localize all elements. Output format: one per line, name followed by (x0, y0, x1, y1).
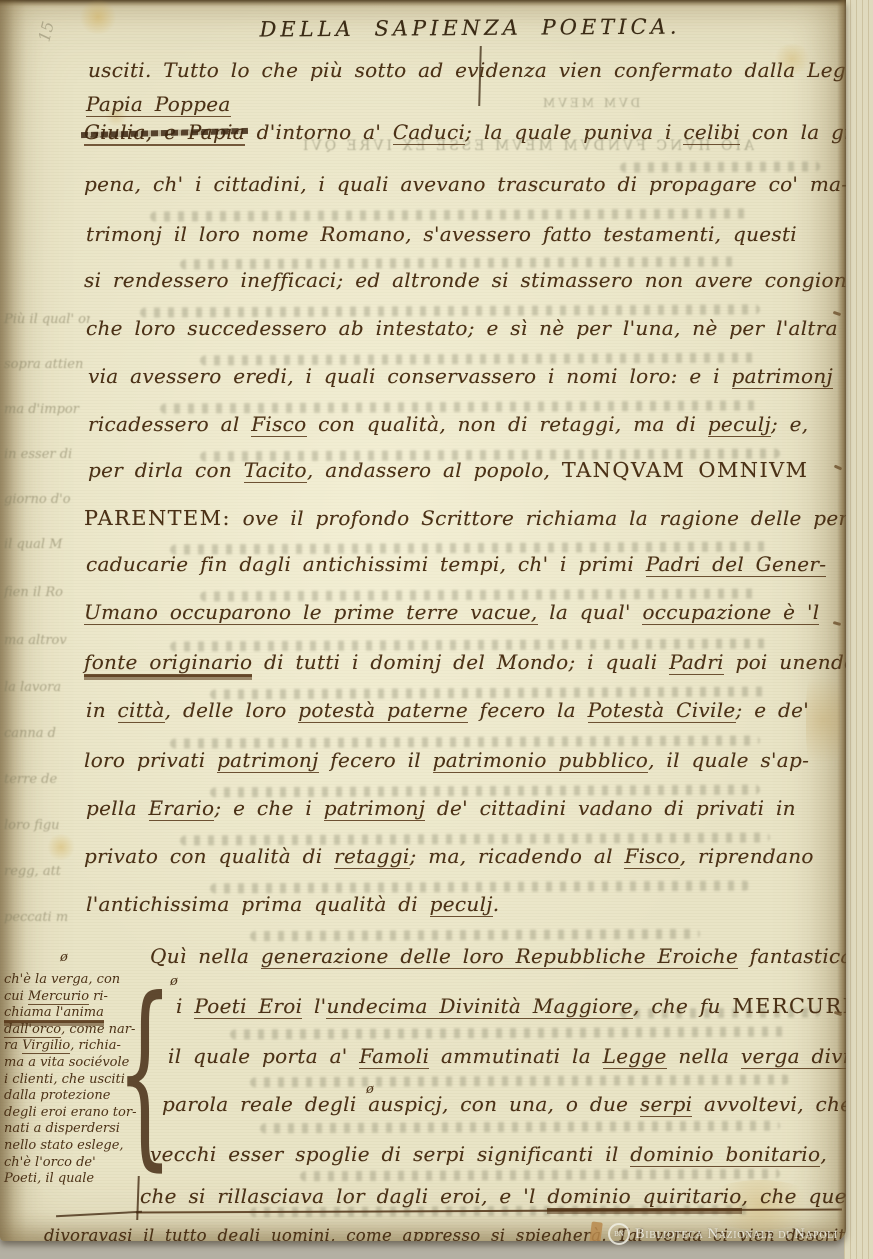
manuscript-line: si rendessero inefficaci; ed altronde si… (84, 268, 846, 292)
manuscript-line: Quì nella generazione delle loro Repubbl… (150, 944, 846, 968)
text-segment: Papia Poppea (86, 92, 231, 117)
text-segment: ra (4, 1038, 22, 1053)
text-segment: , richia- (70, 1038, 121, 1053)
text-segment: TANQVAM OMNIVM (562, 458, 809, 482)
text-segment: con la giusta (740, 120, 846, 144)
bleedthrough-fragment: canna d (4, 726, 90, 741)
bleedthrough-ghost-line (170, 735, 760, 748)
margin-brace: { (116, 978, 173, 1168)
library-logo-icon: BN (608, 1223, 630, 1245)
text-segment: si rendessero inefficaci; ed altronde si… (84, 268, 846, 292)
text-segment: PARENTEM: (84, 506, 231, 530)
text-segment: nella (667, 1044, 741, 1068)
text-segment: ; e de' (736, 698, 810, 722)
text-segment: pena, ch' i cittadini, i quali avevano t… (84, 172, 846, 196)
text-segment: i (176, 994, 194, 1018)
manuscript-line: l'antichissima prima qualità di peculj. (86, 892, 499, 916)
text-segment: . (493, 892, 500, 916)
manuscript-line: ricadessero al Fisco con qualità, non di… (88, 412, 808, 436)
text-segment: Poeti, il quale (4, 1171, 94, 1186)
text-segment: , che fu (633, 994, 732, 1018)
manuscript-line: parola reale degli auspicj, con una, o d… (162, 1092, 846, 1116)
text-segment: usciti. Tutto lo che più sotto ad eviden… (88, 58, 846, 82)
text-segment: cui (4, 989, 28, 1004)
text-segment: peculj (708, 412, 771, 437)
text-segment: retaggi (334, 844, 409, 869)
text-segment: caducarie fin dagli antichissimi tempi, … (86, 552, 646, 576)
manuscript-scan: AIO HVNC FVNDVM MEVM ESSE EX IVRE QVIDVM… (0, 0, 873, 1259)
paper-tag (588, 1221, 603, 1241)
manuscript-line: Giulia, e Papia d'intorno a' Caduci; la … (84, 120, 846, 144)
text-segment: vecchi esser spoglie di serpi significan… (150, 1142, 630, 1166)
text-segment: patrimonj (217, 748, 319, 773)
manuscript-line: che loro succedessero ab intestato; e sì… (86, 316, 838, 340)
manuscript-line: privato con qualità di retaggi; ma, rica… (84, 844, 814, 868)
text-segment: fonte originario (84, 650, 252, 675)
text-segment: ricadessero al (88, 412, 251, 436)
manuscript-line: trimonj il loro nome Romano, s'avessero … (86, 222, 797, 246)
text-segment: i clienti, che usciti (4, 1072, 125, 1087)
text-segment: Caduci (393, 120, 465, 145)
text-segment: ove il profondo Scrittore richiama la ra… (231, 506, 846, 530)
page-edge-crease (837, 0, 846, 1241)
text-segment: serpi (640, 1092, 692, 1117)
insertion-mark: ø (60, 950, 68, 965)
text-segment: il quale porta a' (168, 1044, 359, 1068)
watermark-label: Biblioteca Nazionale di Napoli (635, 1226, 838, 1243)
text-segment: , riprendano (680, 844, 814, 868)
text-segment: Erario (149, 796, 215, 821)
paper-stain (46, 834, 76, 860)
bleedthrough-ghost-line (300, 1169, 780, 1182)
text-segment: Legge (603, 1044, 667, 1069)
faint-page-number: 15 (34, 19, 57, 43)
text-segment: , (820, 1142, 827, 1166)
manuscript-line: via avessero eredi, i quali conservasser… (88, 364, 833, 388)
manuscript-line: Papia Poppea (86, 92, 231, 116)
paper-stain (806, 660, 840, 780)
text-segment: , che questi (742, 1184, 846, 1208)
logo-monogram: BN (614, 1230, 624, 1238)
text-segment: undecima Divinità Maggiore (326, 994, 633, 1019)
text-segment: di tutti i dominj del Mondo; i quali (252, 650, 669, 674)
text-segment: chiama l'anima (4, 1005, 104, 1021)
bleedthrough-fragment: ma d'impor (4, 402, 90, 417)
manuscript-line: PARENTEM: ove il profondo Scrittore rich… (84, 506, 846, 530)
text-segment: che si rillasciava lor dagli eroi, e 'l (140, 1184, 547, 1208)
text-segment: fecero la (468, 698, 588, 722)
text-segment: l'antichissima prima qualità di (86, 892, 430, 916)
bleedthrough-fragment: ma altrov (4, 633, 90, 648)
bleedthrough-fragment: in esser di (4, 447, 90, 462)
text-segment: de' cittadini vadano di privati in (425, 796, 796, 820)
text-segment: patrimonj (732, 364, 834, 389)
text-segment: pella (86, 796, 149, 820)
text-segment: Poeti Eroi (194, 994, 302, 1019)
text-segment: ma a vita sociévole (4, 1055, 129, 1070)
library-watermark: BN Biblioteca Nazionale di Napoli (608, 1223, 838, 1245)
manuscript-line: caducarie fin dagli antichissimi tempi, … (86, 552, 826, 576)
manuscript-line: il quale porta a' Famoli ammutinati la L… (168, 1044, 846, 1068)
text-segment: celibi (683, 120, 740, 145)
text-segment: ; e che i (214, 796, 323, 820)
bleedthrough-fragment: regg, att (4, 864, 90, 879)
text-segment: l' (302, 994, 326, 1018)
text-segment: Potestà Civile (588, 698, 736, 723)
text-segment: Fisco (251, 412, 306, 437)
text-segment: Fisco (624, 844, 679, 869)
bleedthrough-ghost-line (620, 161, 820, 172)
text-segment: occupazione è 'l (642, 600, 819, 625)
text-segment: Padri del Gener- (646, 552, 827, 577)
manuscript-page: AIO HVNC FVNDVM MEVM ESSE EX IVRE QVIDVM… (0, 0, 846, 1241)
manuscript-line: per dirla con Tacito, andassero al popol… (88, 458, 808, 482)
text-segment: patrimonj (324, 796, 426, 821)
text-segment: , andassero al popolo, (307, 458, 562, 482)
text-segment: privato con qualità di (84, 844, 334, 868)
text-segment: , delle loro (165, 698, 299, 722)
text-segment: ch'è l'orco de' (4, 1155, 96, 1170)
bleedthrough-fragment: terre de (4, 772, 90, 787)
manuscript-line: fonte originario di tutti i dominj del M… (84, 650, 846, 674)
manuscript-line: vecchi esser spoglie di serpi significan… (150, 1142, 827, 1166)
text-segment: ch'è la verga, con (4, 972, 120, 987)
text-segment: città (118, 698, 165, 723)
bleedthrough-fragment: il qual M (4, 537, 90, 552)
text-segment: loro privati (84, 748, 217, 772)
manuscript-line: pella Erario; e che i patrimonj de' citt… (86, 796, 796, 820)
manuscript-line: pena, ch' i cittadini, i quali avevano t… (84, 172, 846, 196)
bleedthrough-fragment: la lavora (4, 680, 90, 695)
bleedthrough-fragment: fien il Ro (4, 585, 90, 600)
insertion-mark: ø (170, 974, 178, 989)
text-segment: Virgilio (22, 1038, 70, 1054)
text-segment: con qualità, non di retaggi, ma di (307, 412, 708, 436)
text-segment: dalla protezione (4, 1088, 110, 1103)
text-segment: trimonj il loro nome Romano, s'avessero … (86, 222, 797, 246)
text-segment: nello stato eslege, (4, 1138, 124, 1153)
text-segment: nati a disperdersi (4, 1121, 120, 1136)
text-segment: Mercurio (28, 989, 89, 1005)
text-segment: Tacito (244, 458, 307, 483)
text-segment: generazione delle loro Repubbliche Eroic… (261, 944, 738, 969)
manuscript-line: usciti. Tutto lo che più sotto ad eviden… (88, 58, 846, 82)
insertion-mark: ø (366, 1082, 374, 1097)
bleedthrough-ghost-line (250, 929, 700, 941)
manuscript-line: che si rillasciava lor dagli eroi, e 'l … (140, 1184, 846, 1208)
text-segment: Famoli (359, 1044, 429, 1069)
text-segment: MERCURIO; (732, 994, 846, 1018)
text-segment: in (86, 698, 118, 722)
bleedthrough-fragment: loro figu (4, 818, 90, 833)
page-title: DELLA SAPIENZA POETICA. (120, 14, 820, 43)
text-segment: per dirla con (88, 458, 244, 482)
text-segment: ammutinati la (429, 1044, 602, 1068)
struck-text: Giulia, e Papia (84, 120, 245, 146)
margin-connector-stroke (56, 1211, 142, 1217)
manuscript-line: i Poeti Eroi l'undecima Divinità Maggior… (176, 994, 846, 1018)
text-segment: dominio bonitario (630, 1142, 820, 1167)
text-segment: ; la quale puniva i (465, 120, 683, 144)
text-segment: ; e, (771, 412, 809, 436)
text-segment: avvoltevi, che do- (692, 1092, 846, 1116)
bleedthrough-ghost-line (250, 1075, 790, 1088)
text-segment: , il quale s'ap- (648, 748, 809, 772)
text-segment: che loro succedessero ab intestato; e sì… (86, 316, 838, 340)
text-segment: la qual' (538, 600, 643, 624)
page-top-edge (0, 0, 846, 7)
text-segment: patrimonio pubblico (433, 748, 648, 773)
page-fore-edge (844, 0, 873, 1259)
text-segment: d'intorno a' (245, 120, 393, 144)
text-segment: fantasticarono (738, 944, 846, 968)
text-segment: peculj (430, 892, 493, 917)
text-segment: fecero il (319, 748, 433, 772)
bleedthrough-fragment: Più il qual' or (4, 312, 90, 327)
text-segment: poi unendosi (724, 650, 846, 674)
text-segment: ; ma, ricadendo al (410, 844, 625, 868)
text-segment: parola reale degli auspicj, con una, o d… (162, 1092, 640, 1116)
bleedthrough-fragment: peccati m (4, 910, 90, 925)
text-segment: dall'orco (4, 1022, 61, 1038)
bleedthrough-ghost-line (260, 1121, 780, 1134)
bleedthrough-fragment: sopra attien (4, 357, 90, 372)
bleedthrough-fragment: DVM MEVM (540, 96, 640, 110)
text-segment: dominio quiritario (547, 1184, 741, 1209)
bleedthrough-ghost-line (150, 208, 750, 221)
bleedthrough-ghost-line (230, 1027, 790, 1040)
text-segment: Umano occuparono le prime terre vacue, (84, 600, 538, 625)
text-segment: ri- (89, 989, 108, 1004)
text-segment: verga divina (741, 1044, 846, 1069)
text-segment: potestà paterne (298, 698, 468, 723)
text-segment: via avessero eredi, i quali conservasser… (88, 364, 732, 388)
bleedthrough-fragment: giorno d'o (4, 492, 90, 507)
text-segment: Padri (669, 650, 724, 675)
manuscript-line: loro privati patrimonj fecero il patrimo… (84, 748, 809, 772)
manuscript-line: in città, delle loro potestà paterne fec… (86, 698, 809, 722)
manuscript-line: Umano occuparono le prime terre vacue, l… (84, 600, 819, 624)
